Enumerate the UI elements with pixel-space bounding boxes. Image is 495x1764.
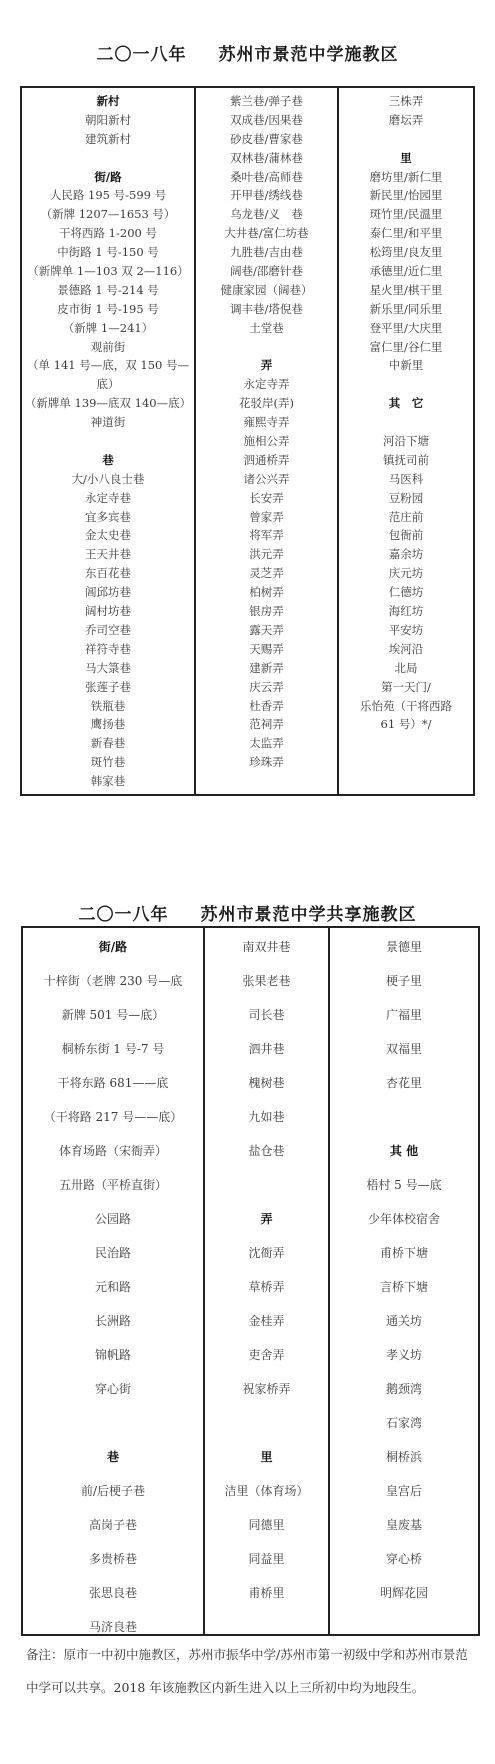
list-item: 盐仓巷	[248, 1134, 284, 1168]
list-item: 三株弄	[389, 92, 424, 111]
list-item: 马医科	[389, 470, 424, 489]
list-item: 民治路	[95, 1236, 131, 1270]
list-item: 永定寺巷	[85, 489, 131, 508]
list-item: 第一天门/	[381, 678, 431, 697]
list-item: 穿心街	[95, 1372, 131, 1406]
table2-column-2: 南双井巷张果老巷司长巷泗井巷槐树巷九如巷盐仓巷 弄沈衙弄草桥弄金桂弄吏舍弄祝家桥…	[203, 928, 328, 1634]
list-item: 北局	[395, 659, 418, 678]
table1-title-year: 二〇一八年	[97, 45, 187, 65]
list-item: 神道街	[91, 413, 126, 432]
list-item: 鹅颈湾	[386, 1372, 422, 1406]
list-item: 槐树巷	[248, 1066, 284, 1100]
list-item: 甫桥里	[248, 1576, 284, 1610]
list-item: 土堂巷	[249, 319, 284, 338]
list-item: 长洲路	[95, 1304, 131, 1338]
list-item: 范祠弄	[249, 715, 284, 734]
list-item: （新牌单 1—103 双 2—116）	[27, 262, 189, 281]
list-item: （新牌 1—241）	[63, 319, 153, 338]
list-item: 乐怡苑（干将西路	[360, 697, 452, 716]
list-item: 九如巷	[248, 1100, 284, 1134]
list-item: 砂皮巷/曹家巷	[230, 130, 303, 149]
list-item: 长安弄	[249, 489, 284, 508]
list-item: 鹰扬巷	[91, 715, 126, 734]
list-item: 将军弄	[249, 526, 284, 545]
list-item: 承德里/近仁里	[370, 262, 443, 281]
list-item: 朝阳新村	[85, 111, 131, 130]
section-header: 巷	[107, 1440, 119, 1474]
list-item: 61 号）*/	[381, 715, 432, 734]
list-item: 富仁里/谷仁里	[370, 338, 443, 357]
list-item: （干将路 217 号——底）	[44, 1100, 183, 1134]
list-item: 元和路	[95, 1270, 131, 1304]
list-item: 通关坊	[386, 1304, 422, 1338]
list-item: 银房弄	[249, 602, 284, 621]
list-item: 太监弄	[249, 734, 284, 753]
list-item: 石家湾	[386, 1406, 422, 1440]
list-item: 豆粉园	[389, 489, 424, 508]
list-item: 泰仁里/和平里	[370, 224, 443, 243]
list-item: 乌龙巷/义 巷	[230, 205, 303, 224]
list-item: 斑竹巷	[91, 753, 126, 772]
list-item: 沈衙弄	[248, 1236, 284, 1270]
list-item: 十梓街（老牌 230 号—底	[44, 964, 183, 998]
list-item: 吏舍弄	[248, 1338, 284, 1372]
list-item: 多贵桥巷	[89, 1542, 137, 1576]
list-item: 阔巷/邵磨针巷	[230, 262, 303, 281]
list-item: 庆元坊	[389, 564, 424, 583]
list-item: 庆云弄	[249, 678, 284, 697]
list-item: 明辉花园	[380, 1576, 428, 1610]
list-item: 梧村 5 号—底	[366, 1168, 441, 1202]
list-item: 体育场路（宋衙弄）	[59, 1134, 167, 1168]
list-item: 甫桥下塘	[380, 1236, 428, 1270]
list-item: 金桂弄	[248, 1304, 284, 1338]
list-item: 星火里/棋干里	[370, 281, 443, 300]
list-item: 柏树弄	[249, 583, 284, 602]
list-item: 皇废基	[386, 1508, 422, 1542]
list-item: 施相公弄	[244, 432, 290, 451]
list-item: 松筠里/良友里	[370, 243, 443, 262]
list-item: 张莲子巷	[85, 678, 131, 697]
list-item: （新牌单 139—底双 140—底）	[25, 394, 191, 413]
list-item: 皮市街 1 号-195 号	[57, 300, 159, 319]
list-item: 司长巷	[248, 998, 284, 1032]
section-header: 里	[260, 1440, 272, 1474]
list-item: 洪元弄	[249, 545, 284, 564]
table2-title: 二〇一八年苏州市景范中学共享施教区	[0, 900, 495, 925]
list-item: 阊邱坊巷	[85, 583, 131, 602]
list-item: 铁瓶巷	[91, 697, 126, 716]
table2-title-name: 苏州市景范中学共享施教区	[201, 905, 417, 925]
list-item: 斑竹里/民溫里	[370, 205, 443, 224]
list-item: 言桥下塘	[380, 1270, 428, 1304]
table1-title-name: 苏州市景范中学施教区	[219, 45, 399, 65]
list-item: 紫兰巷/弹子巷	[230, 92, 303, 111]
list-item: 孝义坊	[386, 1338, 422, 1372]
list-item: 干将西路 1-200 号	[59, 224, 157, 243]
list-item: 乔司空巷	[85, 621, 131, 640]
list-item: 穿心桥	[386, 1542, 422, 1576]
list-item: 双成巷/因果巷	[230, 111, 303, 130]
list-item: 草桥弄	[248, 1270, 284, 1304]
list-item: 杏花里	[386, 1066, 422, 1100]
list-item: 埃河沿	[389, 640, 424, 659]
section-header: 弄	[261, 356, 273, 375]
list-item: 新乐里/同乐里	[370, 300, 443, 319]
list-item: 中新里	[389, 356, 424, 375]
table1-column-2: 紫兰巷/弹子巷双成巷/因果巷砂皮巷/曹家巷双林巷/蒲林巷桑叶巷/高师巷开甲巷/绣…	[194, 88, 337, 794]
list-item: （新牌 1207—1653 号）	[41, 205, 176, 224]
section-header: 新村	[97, 92, 120, 111]
list-item: 王天井巷	[85, 545, 131, 564]
list-item: 广福里	[386, 998, 422, 1032]
list-item: 南双井巷	[242, 930, 290, 964]
section-header: 街/路	[94, 168, 121, 187]
section-header: 里	[400, 149, 412, 168]
list-item: 高岗子巷	[89, 1508, 137, 1542]
list-item: 皇宫后	[386, 1474, 422, 1508]
list-item: 新牌 501 号—底）	[62, 998, 165, 1032]
section-header: 弄	[260, 1202, 272, 1236]
list-item: 桐桥东街 1 号-7 号	[62, 1032, 165, 1066]
list-item: 祥符寺巷	[85, 640, 131, 659]
list-item: 景德路 1 号-214 号	[57, 281, 159, 300]
list-item: 张果老巷	[242, 964, 290, 998]
footnote: 备注：原市一中初中施教区，苏州市振华中学/苏州市第一初级中学和苏州市景范中学可以…	[26, 1638, 476, 1704]
list-item: 大/小八良士巷	[72, 470, 145, 489]
table1-column-3: 三株弄磨坛弄 里磨坊里/新仁里新民里/怡园里斑竹里/民溫里泰仁里/和平里松筠里/…	[337, 88, 473, 794]
list-item: 诸公兴弄	[244, 470, 290, 489]
list-item: 泗井巷	[248, 1032, 284, 1066]
list-item: 底）	[97, 375, 120, 394]
section-header: 巷	[102, 451, 114, 470]
table1-school-district: 新村朝阳新村建筑新村 街/路人民路 195 号-599 号（新牌 1207—16…	[20, 86, 475, 796]
list-item: 桐桥浜	[386, 1440, 422, 1474]
list-item: 永定寺弄	[244, 375, 290, 394]
list-item: 灵芝弄	[249, 564, 284, 583]
list-item: 大井巷/富仁坊巷	[224, 224, 308, 243]
list-item: 健康家园（阔巷）	[221, 281, 313, 300]
list-item: 九胜巷/吉由巷	[230, 243, 303, 262]
list-item: 天赐弄	[249, 640, 284, 659]
list-item: 景德里	[386, 930, 422, 964]
list-item: 少年体校宿舍	[368, 1202, 440, 1236]
section-header: 街/路	[99, 930, 127, 964]
list-item: 前/后梗子巷	[81, 1474, 145, 1508]
list-item: 锦帆路	[95, 1338, 131, 1372]
table1-title: 二〇一八年苏州市景范中学施教区	[0, 40, 495, 65]
list-item: 阔村坊巷	[85, 602, 131, 621]
list-item: 观前街	[91, 338, 126, 357]
list-item: 仁德坊	[389, 583, 424, 602]
list-item: 建筑新村	[85, 130, 131, 149]
list-item: 露天弄	[249, 621, 284, 640]
list-item: 建新弄	[249, 659, 284, 678]
list-item: 登平里/大庆里	[370, 319, 443, 338]
list-item: 河沿下塘	[383, 432, 429, 451]
list-item: 马大箓巷	[85, 659, 131, 678]
list-item: 镇抚司前	[383, 451, 429, 470]
list-item: 同益里	[248, 1542, 284, 1576]
list-item: 双林巷/蒲林巷	[230, 149, 303, 168]
list-item: 中街路 1 号-150 号	[57, 243, 159, 262]
list-item: 金太史巷	[85, 526, 131, 545]
list-item: 开甲巷/绣线巷	[230, 186, 303, 205]
table2-column-3: 景德里梗子里广福里双福里杏花里 其 他梧村 5 号—底少年体校宿舍甫桥下塘言桥下…	[328, 928, 478, 1634]
list-item: 五卅路（平桥直街）	[59, 1168, 167, 1202]
list-item: 东百花巷	[85, 564, 131, 583]
list-item: 磨坛弄	[389, 111, 424, 130]
list-item: 磨坊里/新仁里	[370, 168, 443, 187]
list-item: 曾家弄	[249, 508, 284, 527]
list-item: 调丰巷/塔倪巷	[230, 300, 303, 319]
table2-shared-district: 街/路十梓街（老牌 230 号—底新牌 501 号—底）桐桥东街 1 号-7 号…	[21, 926, 480, 1636]
list-item: 祝家桥弄	[242, 1372, 290, 1406]
list-item: 干将东路 681——底	[58, 1066, 169, 1100]
list-item: 新民里/怡园里	[370, 186, 443, 205]
table2-title-year: 二〇一八年	[79, 905, 169, 925]
list-item: 范庄前	[389, 508, 424, 527]
list-item: 张思良巷	[89, 1576, 137, 1610]
list-item: 平安坊	[389, 621, 424, 640]
list-item: 同德里	[248, 1508, 284, 1542]
list-item: 宜多宾巷	[85, 508, 131, 527]
list-item: 梗子里	[386, 964, 422, 998]
list-item: 洁里（体育场）	[224, 1474, 308, 1508]
list-item: （单 141 号—底，双 150 号—	[27, 356, 189, 375]
list-item: 人民路 195 号-599 号	[50, 186, 166, 205]
list-item: 珍珠弄	[249, 753, 284, 772]
list-item: 雍熙寺弄	[244, 413, 290, 432]
list-item: 花驳岸(弄)	[239, 394, 294, 413]
list-item: 公园路	[95, 1202, 131, 1236]
table2-column-1: 街/路十梓街（老牌 230 号—底新牌 501 号—底）桐桥东街 1 号-7 号…	[23, 928, 203, 1634]
list-item: 韩家巷	[91, 772, 126, 791]
list-item: 杜香弄	[249, 697, 284, 716]
list-item: 桑叶巷/高师巷	[230, 168, 303, 187]
table1-column-1: 新村朝阳新村建筑新村 街/路人民路 195 号-599 号（新牌 1207—16…	[22, 88, 194, 794]
list-item: 包衙前	[389, 526, 424, 545]
list-item: 嘉余坊	[389, 545, 424, 564]
list-item: 泗通桥弄	[244, 451, 290, 470]
list-item: 新春巷	[91, 734, 126, 753]
section-header: 其 他	[390, 1134, 418, 1168]
list-item: 双福里	[386, 1032, 422, 1066]
section-header: 其 它	[389, 394, 424, 413]
list-item: 海红坊	[389, 602, 424, 621]
